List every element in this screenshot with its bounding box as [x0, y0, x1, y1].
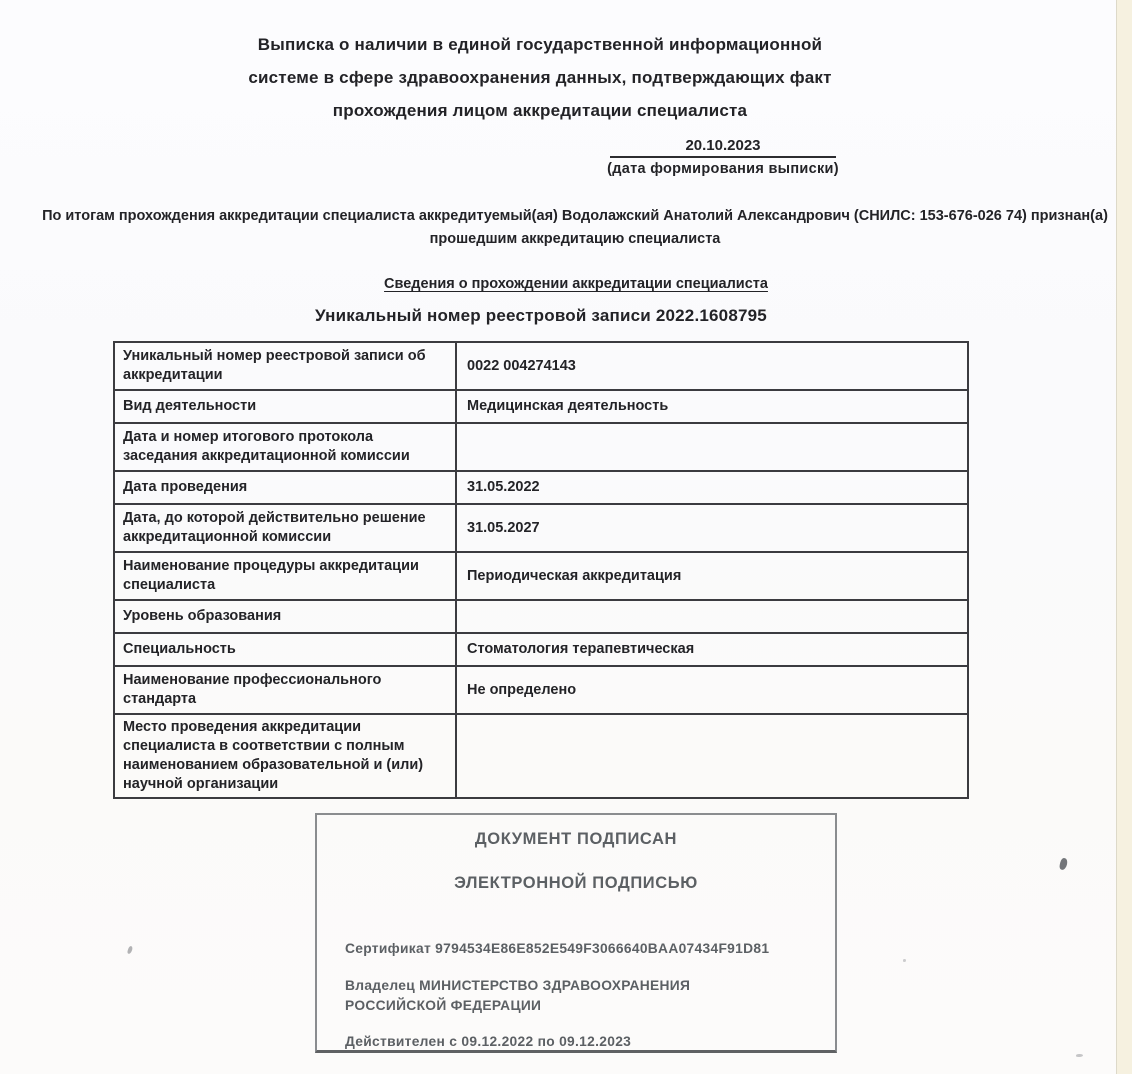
row-value [456, 423, 968, 471]
stamp-header-line-2: ЭЛЕКТРОННОЙ ПОДПИСЬЮ [345, 873, 807, 893]
table-row: Дата проведения 31.05.2022 [114, 471, 968, 504]
table-row: Вид деятельности Медицинская деятельност… [114, 390, 968, 423]
row-label: Дата и номер итогового протокола заседан… [114, 423, 456, 471]
row-label: Уникальный номер реестровой записи об ак… [114, 342, 456, 390]
document-title-line-1: Выписка о наличии в единой государственн… [0, 28, 1080, 61]
scan-speck [1076, 1054, 1083, 1057]
document-title-line-2: системе в сфере здравоохранения данных, … [0, 61, 1080, 94]
row-label: Специальность [114, 633, 456, 666]
table-row: Специальность Стоматология терапевтическ… [114, 633, 968, 666]
stamp-validity: Действителен с 09.12.2022 по 09.12.2023 [345, 1032, 807, 1052]
table-row: Место проведения аккредитации специалист… [114, 714, 968, 798]
row-value [456, 714, 968, 798]
formation-date-value: 20.10.2023 [610, 137, 836, 158]
scanned-document-page: Выписка о наличии в единой государственн… [0, 0, 1132, 1074]
formation-date-caption: (дата формирования выписки) [600, 161, 846, 177]
stamp-header-line-1: ДОКУМЕНТ ПОДПИСАН [345, 829, 807, 849]
table-row: Дата, до которой действительно решение а… [114, 504, 968, 552]
formation-date-block: 20.10.2023 (дата формирования выписки) [600, 137, 846, 177]
scan-speck [903, 959, 906, 962]
document-title-line-3: прохождения лицом аккредитации специалис… [0, 94, 1080, 127]
table-row: Наименование процедуры аккредитации спец… [114, 552, 968, 600]
row-value: 31.05.2022 [456, 471, 968, 504]
row-value: Медицинская деятельность [456, 390, 968, 423]
row-value: 31.05.2027 [456, 504, 968, 552]
scan-speck [127, 946, 133, 955]
table-row: Наименование профессионального стандарта… [114, 666, 968, 714]
row-label: Наименование процедуры аккредитации спец… [114, 552, 456, 600]
row-value: Периодическая аккредитация [456, 552, 968, 600]
digital-signature-stamp: ДОКУМЕНТ ПОДПИСАН ЭЛЕКТРОННОЙ ПОДПИСЬЮ С… [315, 813, 837, 1053]
row-label: Наименование профессионального стандарта [114, 666, 456, 714]
section-heading: Сведения о прохождении аккредитации спец… [10, 276, 1132, 292]
accreditation-table: Уникальный номер реестровой записи об ак… [113, 341, 969, 799]
row-label: Дата проведения [114, 471, 456, 504]
registry-number-heading: Уникальный номер реестровой записи 2022.… [0, 306, 1082, 326]
row-label: Вид деятельности [114, 390, 456, 423]
document-title: Выписка о наличии в единой государственн… [0, 28, 1080, 127]
row-label: Уровень образования [114, 600, 456, 633]
stamp-certificate: Сертификат 9794534E86E852E549F3066640BAA… [345, 939, 807, 959]
table-row: Уровень образования [114, 600, 968, 633]
intro-paragraph: По итогам прохождения аккредитации специ… [30, 205, 1120, 251]
row-value [456, 600, 968, 633]
scan-speck [1059, 857, 1068, 870]
row-label: Место проведения аккредитации специалист… [114, 714, 456, 798]
row-label: Дата, до которой действительно решение а… [114, 504, 456, 552]
scanner-edge-strip [1116, 0, 1132, 1074]
row-value: Стоматология терапевтическая [456, 633, 968, 666]
table-row: Дата и номер итогового протокола заседан… [114, 423, 968, 471]
table-row: Уникальный номер реестровой записи об ак… [114, 342, 968, 390]
row-value: 0022 004274143 [456, 342, 968, 390]
row-value: Не определено [456, 666, 968, 714]
stamp-owner: Владелец МИНИСТЕРСТВО ЗДРАВООХРАНЕНИЯ РО… [345, 976, 785, 1016]
